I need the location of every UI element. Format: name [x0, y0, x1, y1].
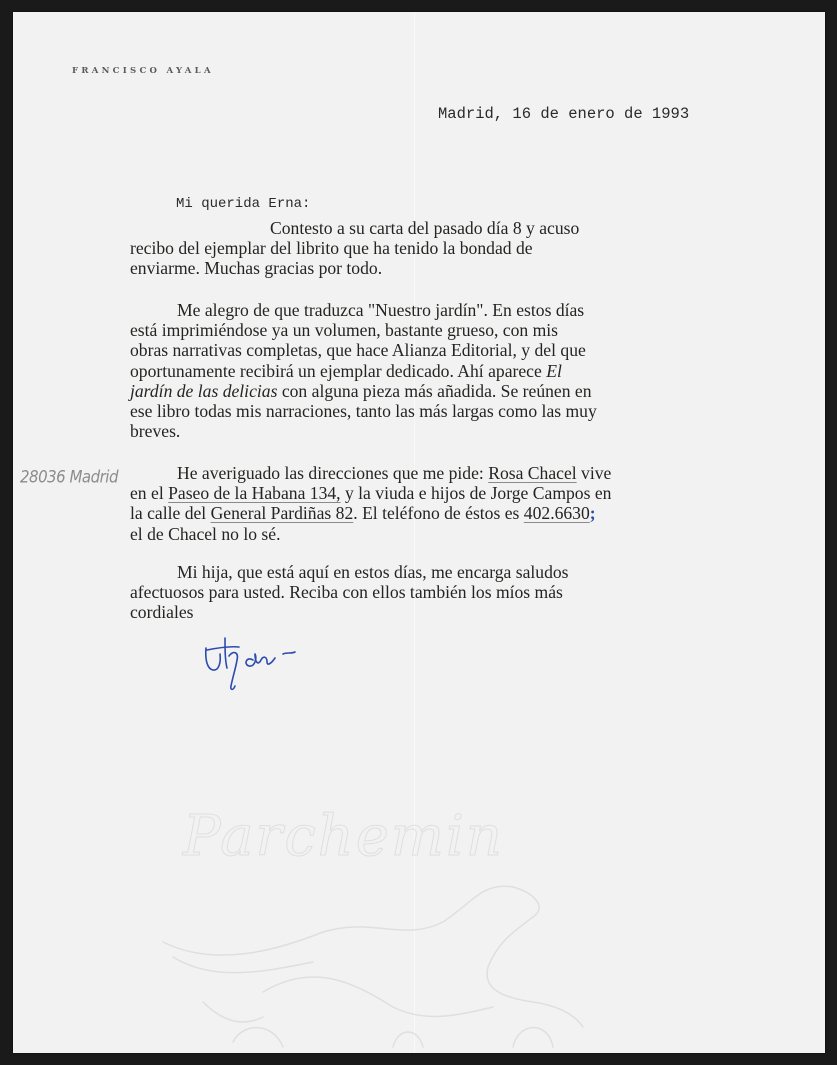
- book-title: jardín de las delicias: [130, 381, 277, 401]
- paragraph-line: la calle del General Pardiñas 82. El tel…: [130, 503, 750, 523]
- paragraph-line: oportunamente recibirá un ejemplar dedic…: [130, 361, 750, 381]
- paragraph-line: jardín de las delicias con alguna pieza …: [130, 381, 750, 401]
- paragraph-line: He averiguado las direcciones que me pid…: [130, 463, 750, 483]
- margin-note-postal-code: 28036 Madrid: [20, 467, 118, 487]
- book-title: El: [546, 361, 562, 381]
- ink-semicolon: ;: [590, 503, 596, 523]
- paragraph-line: Mi hija, que está aquí en estos días, me…: [130, 562, 750, 582]
- paragraph-line: cordiales: [130, 602, 750, 622]
- underlined-name: Rosa Chacel: [488, 463, 576, 483]
- paragraph-1: Contesto a su carta del pasado día 8 y a…: [130, 218, 750, 279]
- text-run: con alguna pieza más añadida. Se reúnen …: [282, 381, 592, 401]
- paragraph-2: Me alegro de que traduzca "Nuestro jardí…: [130, 300, 750, 441]
- handwritten-signature: [203, 634, 343, 694]
- paragraph-line: obras narrativas completas, que hace Ali…: [130, 340, 750, 360]
- letter-page: Parchemin FRANCISCO AYALA Madrid, 16 de …: [13, 12, 825, 1053]
- paragraph-line: en el Paseo de la Habana 134, y la viuda…: [130, 483, 750, 503]
- text-run: en el: [130, 483, 168, 503]
- text-run: He averiguado las direcciones que me pid…: [177, 463, 488, 483]
- text-run: vive: [577, 463, 612, 483]
- dateline: Madrid, 16 de enero de 1993: [438, 105, 689, 123]
- paragraph-line: Me alegro de que traduzca "Nuestro jardí…: [130, 300, 750, 320]
- text-run: y la viuda e hijos de Jorge Campos en: [341, 483, 612, 503]
- watermark-text: Parchemin: [183, 804, 504, 869]
- letterhead: FRANCISCO AYALA: [72, 66, 214, 76]
- underlined-address: Paseo de la Habana 134,: [168, 483, 340, 503]
- paragraph-4: Mi hija, que está aquí en estos días, me…: [130, 562, 750, 623]
- underlined-phone: 402.6630: [524, 503, 590, 523]
- paragraph-line: ese libro todas mis narraciones, tanto l…: [130, 401, 750, 421]
- paragraph-3: He averiguado las direcciones que me pid…: [130, 463, 750, 544]
- paragraph-line: afectuosos para usted. Reciba con ellos …: [130, 582, 750, 602]
- paragraph-line: enviarme. Muchas gracias por todo.: [130, 258, 750, 278]
- paragraph-line: recibo del ejemplar del librito que ha t…: [130, 238, 750, 258]
- underlined-address: General Pardiñas 82: [211, 503, 354, 523]
- paragraph-line: breves.: [130, 421, 750, 441]
- paragraph-line: está imprimiéndose ya un volumen, bastan…: [130, 320, 750, 340]
- paragraph-line: el de Chacel no lo sé.: [130, 524, 750, 544]
- parchemin-watermark: Parchemin: [153, 792, 673, 1052]
- text-run: la calle del: [130, 503, 211, 523]
- paragraph-line: Contesto a su carta del pasado día 8 y a…: [130, 218, 750, 238]
- text-run: . El teléfono de éstos es: [353, 503, 524, 523]
- text-run: oportunamente recibirá un ejemplar dedic…: [130, 361, 546, 381]
- salutation: Mi querida Erna:: [176, 196, 310, 212]
